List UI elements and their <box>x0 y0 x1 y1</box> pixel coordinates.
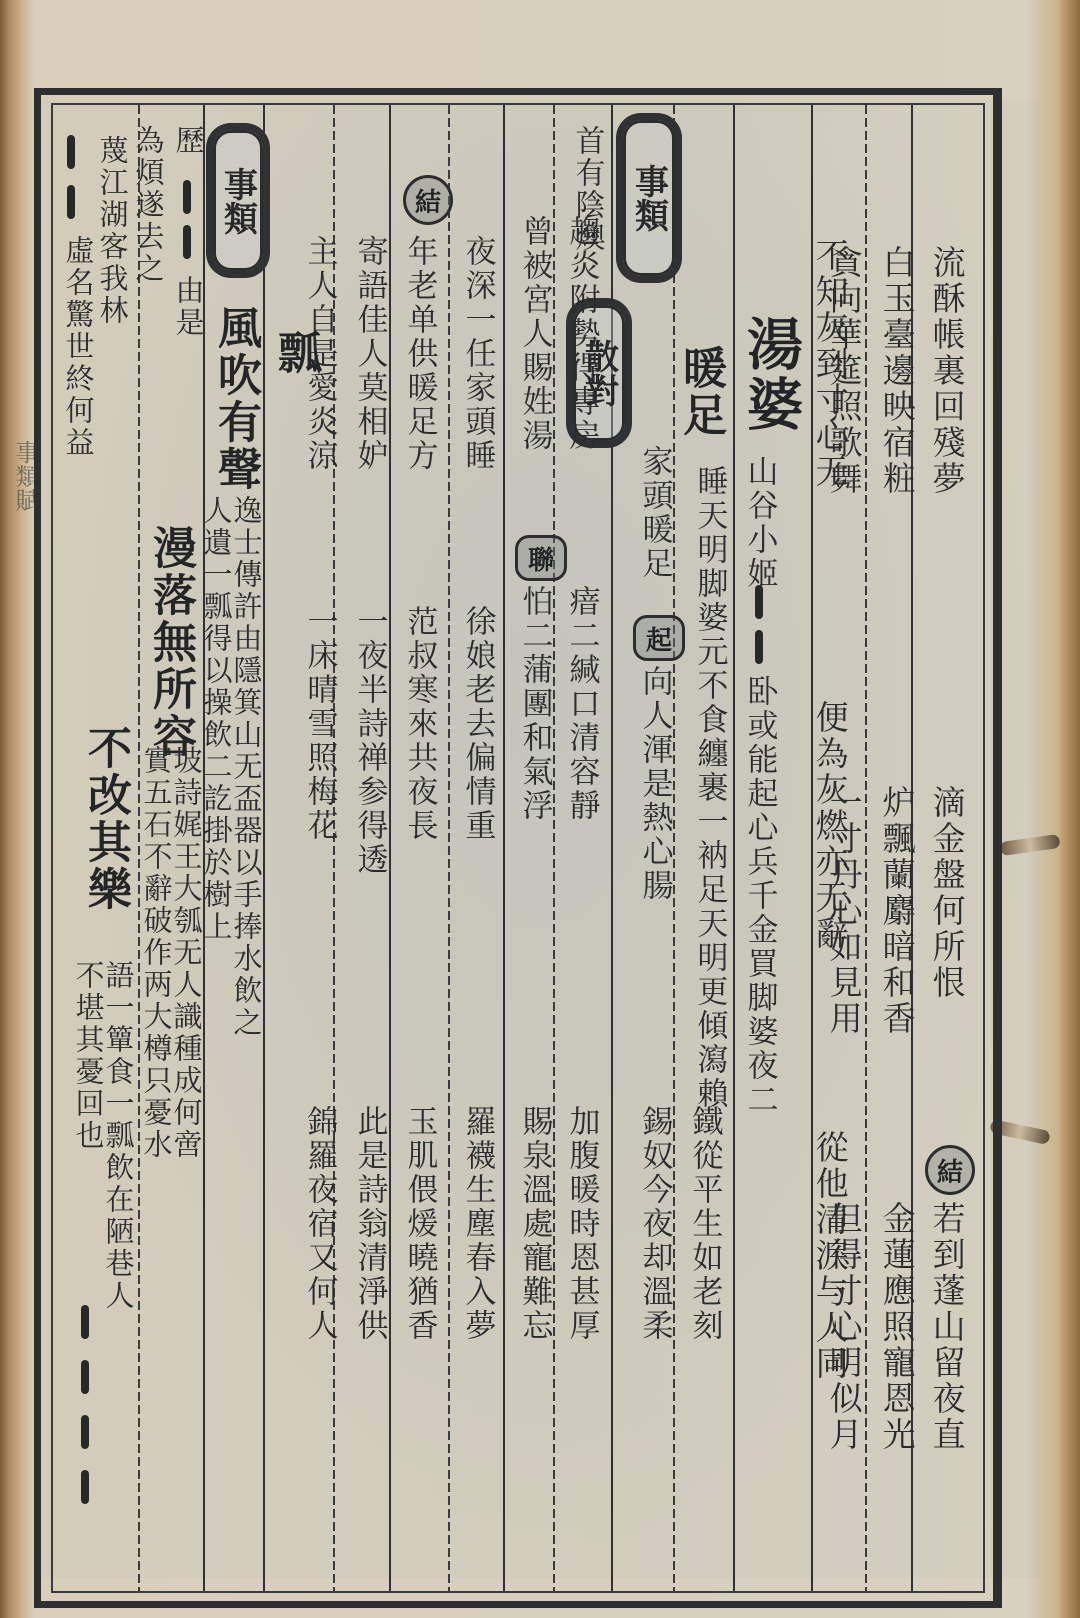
column-rule <box>389 105 391 1591</box>
binding-edge <box>1060 0 1080 1618</box>
page-border-frame: 流酥帳裏回殘夢 滴金盤何所恨 結 若到蓬山留夜直 白玉臺邊映宿粧 炉飄蘭麝暗和香… <box>34 88 1002 1608</box>
main-phrase: 漫落無所容 <box>148 525 192 760</box>
column-rule <box>263 105 265 1591</box>
poem-line: 便為灰燃亦无辭 <box>812 700 847 952</box>
headword-tangpo: 湯婆 <box>743 315 799 435</box>
punctuation-mark <box>755 585 763 619</box>
annotation: 向人渾是熱心腸 <box>638 665 671 903</box>
poem-line: 若到蓬山留夜直 <box>929 1201 964 1453</box>
annotation: 怕二蒲團和氣浮 <box>518 585 551 823</box>
label-stamp-shilei: 事類 <box>213 130 263 271</box>
annotation: 徐娘老去偏情重 <box>461 605 494 843</box>
annotation: 卧或能起心兵千金買脚婆夜二 <box>743 675 776 1117</box>
annotation: 鐵從平生如老刻 <box>688 1105 721 1343</box>
annotation: 范叔寒來共夜長 <box>403 605 436 843</box>
annotation: 逸士傳許由隱箕山无盃器以手捧水飲之 <box>231 495 261 1039</box>
seal-jie-icon: 結 <box>403 175 453 225</box>
annotation: 睡天明脚婆元不食纏裹一衲足天明更傾瀉賴 <box>693 465 726 1111</box>
annotation: 年老单供暖足方 <box>403 235 436 473</box>
annotation: 蔑江湖客我林 <box>97 135 127 327</box>
annotation: 為煩遂去之 <box>133 125 163 285</box>
punctuation-mark <box>81 1360 89 1394</box>
poem-line: 金蓮應照寵恩光 <box>879 1201 914 1453</box>
main-phrase: 不改其樂 <box>83 725 127 913</box>
annotation: 寄語佳人莫相妒 <box>353 235 386 473</box>
annotation: 錫奴今夜却溫柔 <box>638 1105 671 1343</box>
annotation: 曾被宮人賜姓湯 <box>518 215 551 453</box>
column-rule <box>503 105 505 1591</box>
headword-nuanzu: 暖足 <box>678 345 722 439</box>
punctuation-mark <box>67 135 75 169</box>
annotation: 山谷小姬 <box>743 455 776 591</box>
annotation: 玉肌偎煖曉猶香 <box>403 1105 436 1343</box>
poem-line: 流酥帳裏回殘夢 <box>929 245 964 497</box>
punctuation-mark <box>183 180 191 214</box>
annotation: 不堪其憂回也 <box>73 960 103 1152</box>
annotation: 此是詩翁清淨供 <box>353 1105 386 1343</box>
punctuation-mark <box>81 1415 89 1449</box>
seal-lian-icon: 聯 <box>515 535 567 581</box>
annotation: 羅襪生塵春入夢 <box>461 1105 494 1343</box>
annotation: 坡詩娓王大瓠无人識種成何啻 <box>171 745 201 1161</box>
annotation: 賜泉溫處寵難忘 <box>518 1105 551 1343</box>
annotation: 虛名驚世終何益 <box>63 235 93 459</box>
annotation: 人遺一瓢得以操飲二訖掛於樹上 <box>201 495 231 943</box>
headword-piao: 瓢 <box>273 330 317 377</box>
main-phrase: 風吹有聲 <box>213 305 257 493</box>
annotation: 實五石不辭破作两大樽只憂水 <box>141 745 171 1161</box>
annotation: 由是 <box>173 275 203 339</box>
annotation: 家頭暖足 <box>638 445 671 581</box>
column-rule <box>733 105 735 1591</box>
seal-jie-icon: 結 <box>925 1145 975 1195</box>
annotation: 趨炎附勢得專房 <box>565 215 598 453</box>
column-rule <box>865 105 867 1591</box>
annotation: 夜深一任家頭睡 <box>461 235 494 473</box>
punctuation-mark <box>81 1305 89 1339</box>
punctuation-mark <box>755 630 763 664</box>
annotation: 歷 <box>173 125 203 157</box>
annotation: 一床晴雪照梅花 <box>303 605 336 843</box>
column-rule <box>448 105 450 1591</box>
column-rule <box>553 105 555 1591</box>
label-stamp-shilei: 事類 <box>623 120 675 276</box>
annotation: 一夜半詩禅参得透 <box>353 605 386 877</box>
punctuation-mark <box>183 225 191 259</box>
column-rule <box>673 105 675 1591</box>
seal-qi-icon: 起 <box>633 615 685 661</box>
annotation: 錦羅夜宿又何人 <box>303 1105 336 1343</box>
poem-line: 炉飄蘭麝暗和香 <box>879 785 914 1037</box>
annotation: 瘖二緘口清容靜 <box>565 585 598 823</box>
punctuation-mark <box>81 1470 89 1504</box>
punctuation-mark <box>67 185 75 219</box>
poem-line: 不知灰到寸心无 <box>812 238 847 490</box>
annotation: 語一簞食一瓢飲在陋巷人 <box>103 960 133 1312</box>
poem-line: 從他清淚与人同 <box>812 1130 847 1382</box>
poem-line: 白玉臺邊映宿粧 <box>879 245 914 497</box>
poem-line: 滴金盤何所恨 <box>929 785 964 1001</box>
annotation: 加腹暖時恩甚厚 <box>565 1105 598 1343</box>
